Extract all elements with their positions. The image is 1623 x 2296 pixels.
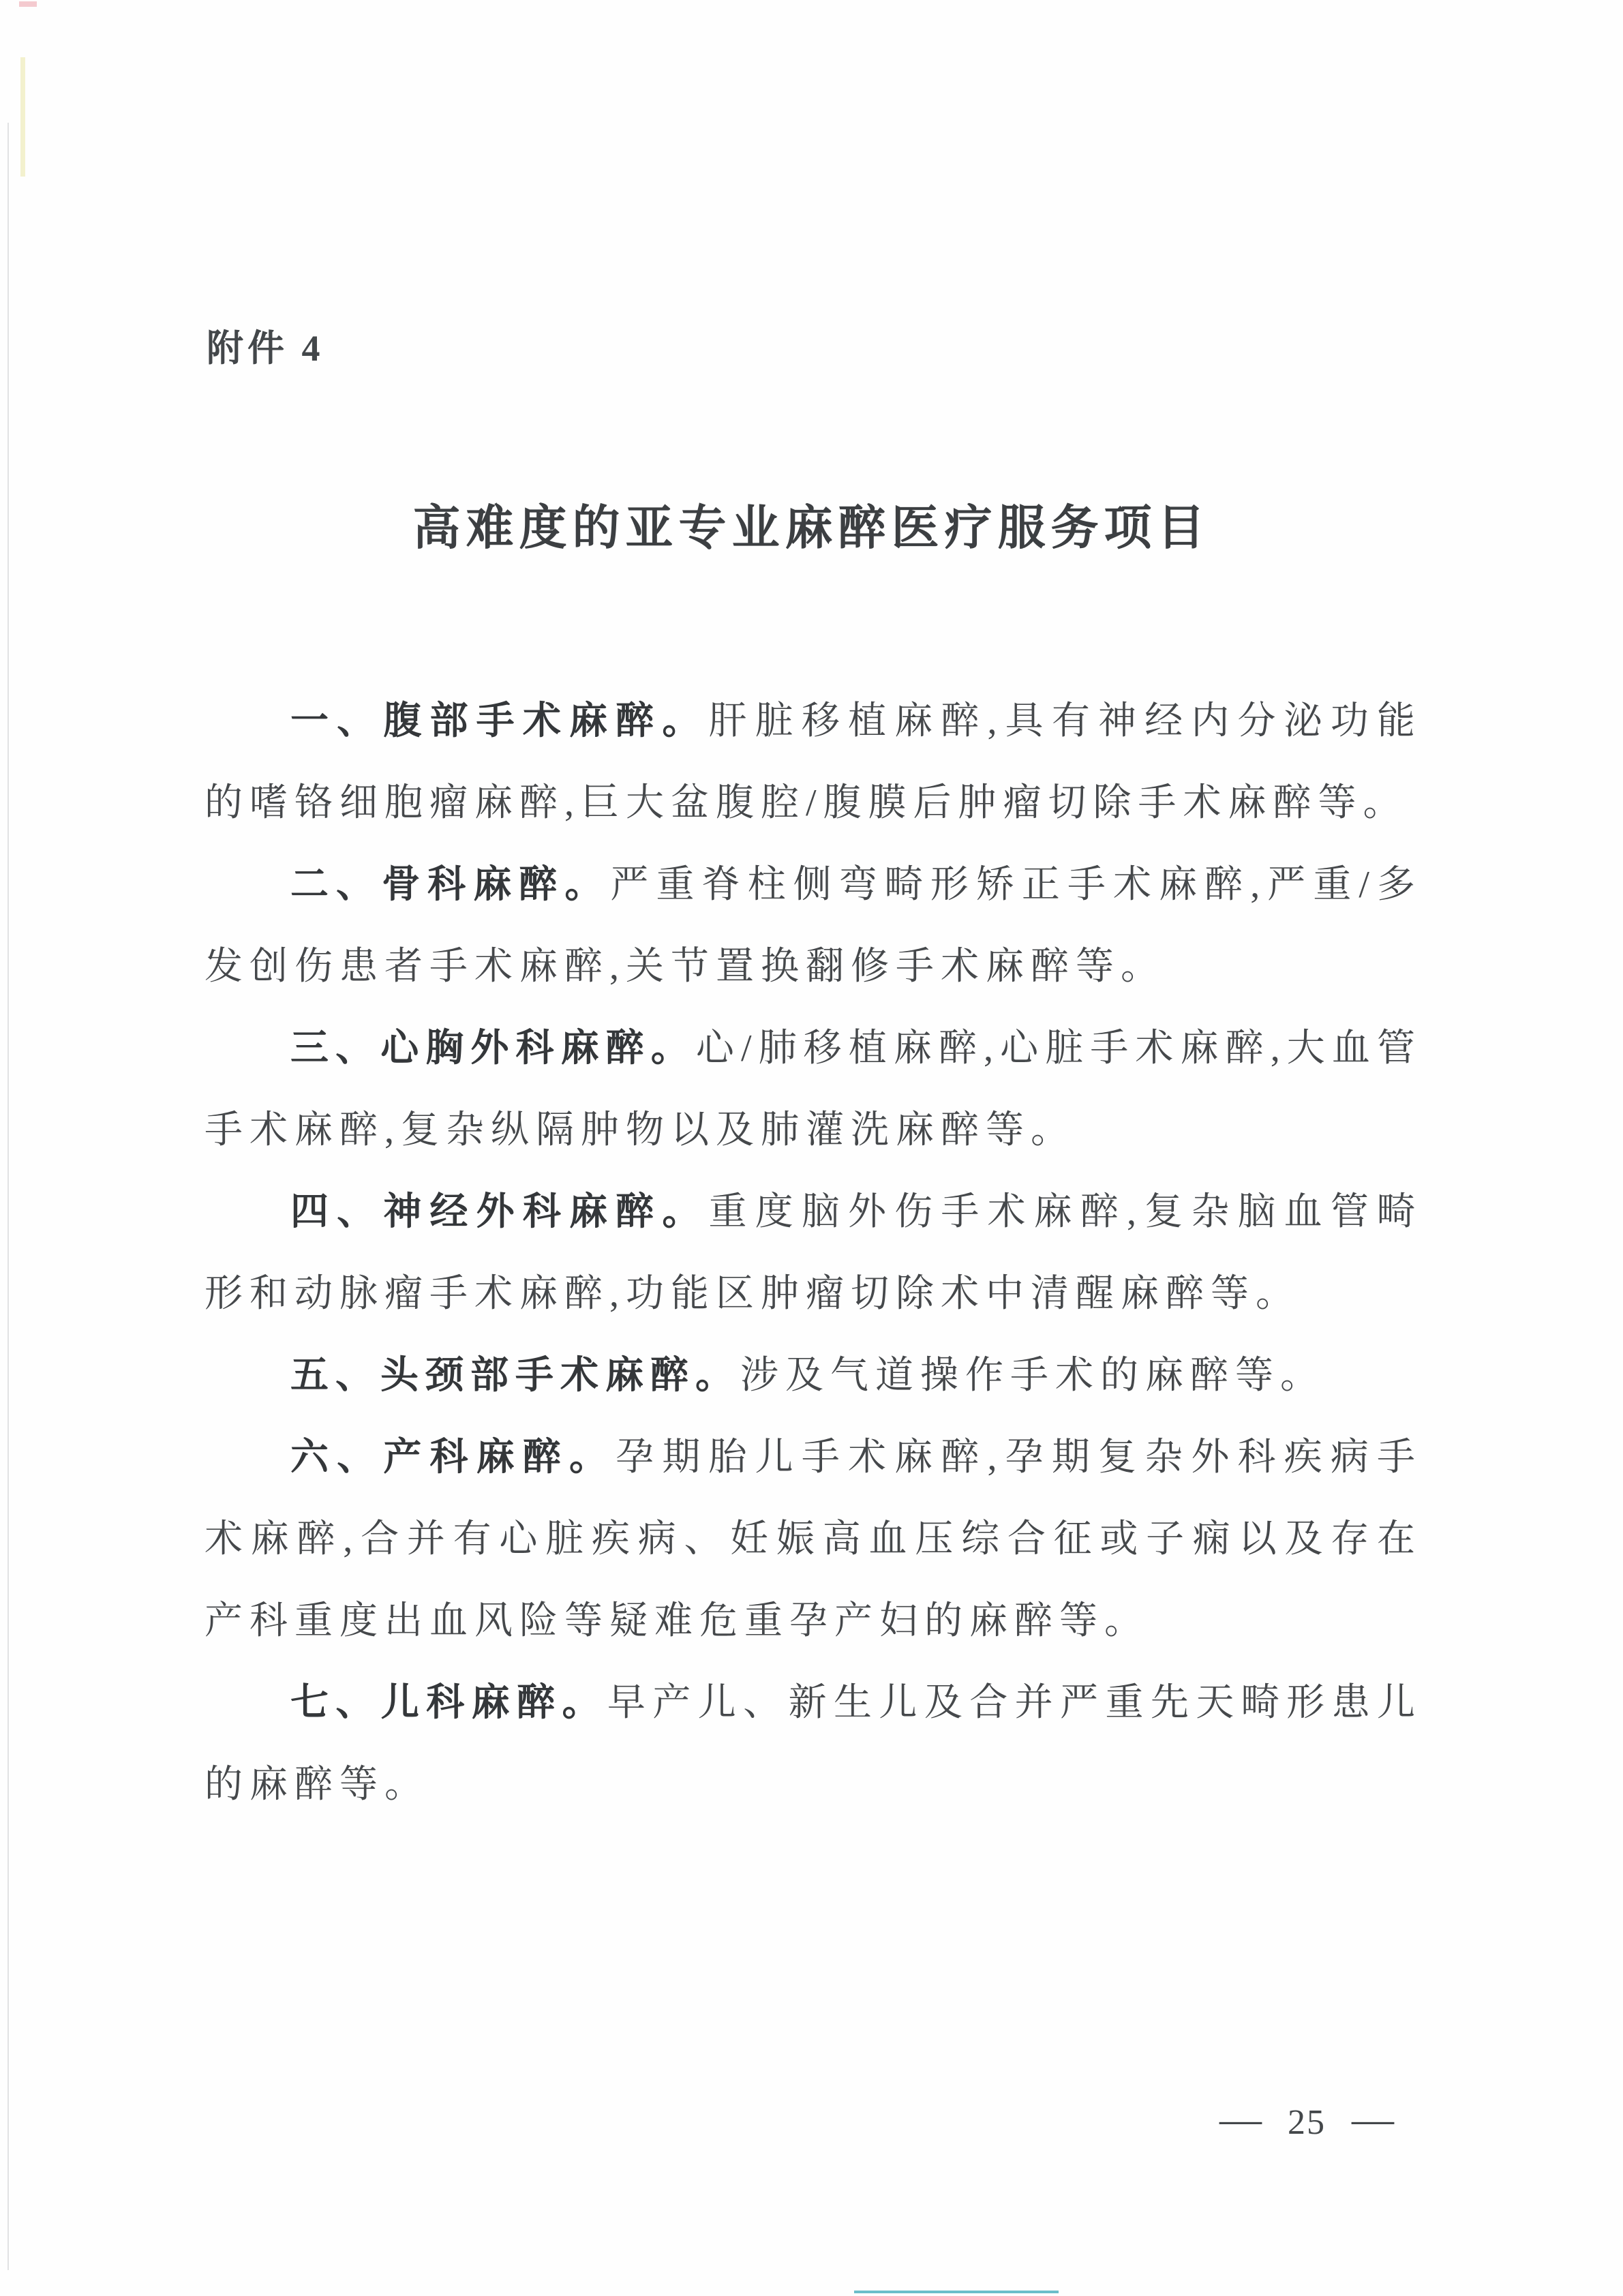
- scan-artifact-yellow-strip: [20, 57, 25, 177]
- paragraph-lead: 七、儿科麻醉。: [290, 1682, 607, 1724]
- paragraph-lead: 二、骨科麻醉。: [290, 864, 610, 906]
- paragraph-lead: 四、神经外科麻醉。: [290, 1191, 709, 1233]
- paragraph-head-neck-anesthesia: 五、头颈部手术麻醉。涉及气道操作手术的麻醉等。: [204, 1335, 1422, 1417]
- paragraph-neurosurgical-anesthesia: 四、神经外科麻醉。重度脑外伤手术麻醉,复杂脑血管畸形和动脉瘤手术麻醉,功能区肿瘤…: [204, 1171, 1422, 1335]
- paragraph-lead: 一、腹部手术麻醉。: [290, 700, 709, 742]
- page-footer: — 25 —: [1219, 2101, 1394, 2143]
- paragraph-abdominal-anesthesia: 一、腹部手术麻醉。肝脏移植麻醉,具有神经内分泌功能的嗜铬细胞瘤麻醉,巨大盆腹腔/…: [204, 680, 1422, 844]
- paragraph-orthopedic-anesthesia: 二、骨科麻醉。严重脊柱侧弯畸形矫正手术麻醉,严重/多发创伤患者手术麻醉,关节置换…: [204, 844, 1422, 1008]
- paragraph-obstetric-anesthesia: 六、产科麻醉。孕期胎儿手术麻醉,孕期复杂外科疾病手术麻醉,合并有心脏疾病、妊娠高…: [204, 1417, 1422, 1662]
- paragraph-body: 涉及气道操作手术的麻醉等。: [740, 1355, 1325, 1397]
- footer-right-dash: —: [1352, 2098, 1394, 2141]
- paragraph-lead: 三、心胸外科麻醉。: [290, 1027, 696, 1070]
- paragraph-lead: 六、产科麻醉。: [290, 1436, 616, 1479]
- footer-left-dash: —: [1219, 2098, 1262, 2141]
- attachment-label: 附件 4: [207, 319, 324, 372]
- page-number: 25: [1288, 2102, 1326, 2143]
- paragraph-cardiothoracic-anesthesia: 三、心胸外科麻醉。心/肺移植麻醉,心脏手术麻醉,大血管手术麻醉,复杂纵隔肿物以及…: [204, 1008, 1422, 1171]
- scan-artifact-corner: [19, 1, 37, 7]
- page-title: 高难度的亚专业麻醉医疗服务项目: [0, 489, 1623, 558]
- document-page: 附件 4 高难度的亚专业麻醉医疗服务项目 一、腹部手术麻醉。肝脏移植麻醉,具有神…: [0, 0, 1623, 2296]
- scan-artifact-fold-line: [7, 123, 9, 2270]
- scan-artifact-teal-line: [854, 2291, 1059, 2293]
- paragraph-pediatric-anesthesia: 七、儿科麻醉。早产儿、新生儿及合并严重先天畸形患儿的麻醉等。: [204, 1662, 1422, 1826]
- paragraph-lead: 五、头颈部手术麻醉。: [290, 1355, 740, 1397]
- document-body: 一、腹部手术麻醉。肝脏移植麻醉,具有神经内分泌功能的嗜铬细胞瘤麻醉,巨大盆腹腔/…: [204, 680, 1422, 1826]
